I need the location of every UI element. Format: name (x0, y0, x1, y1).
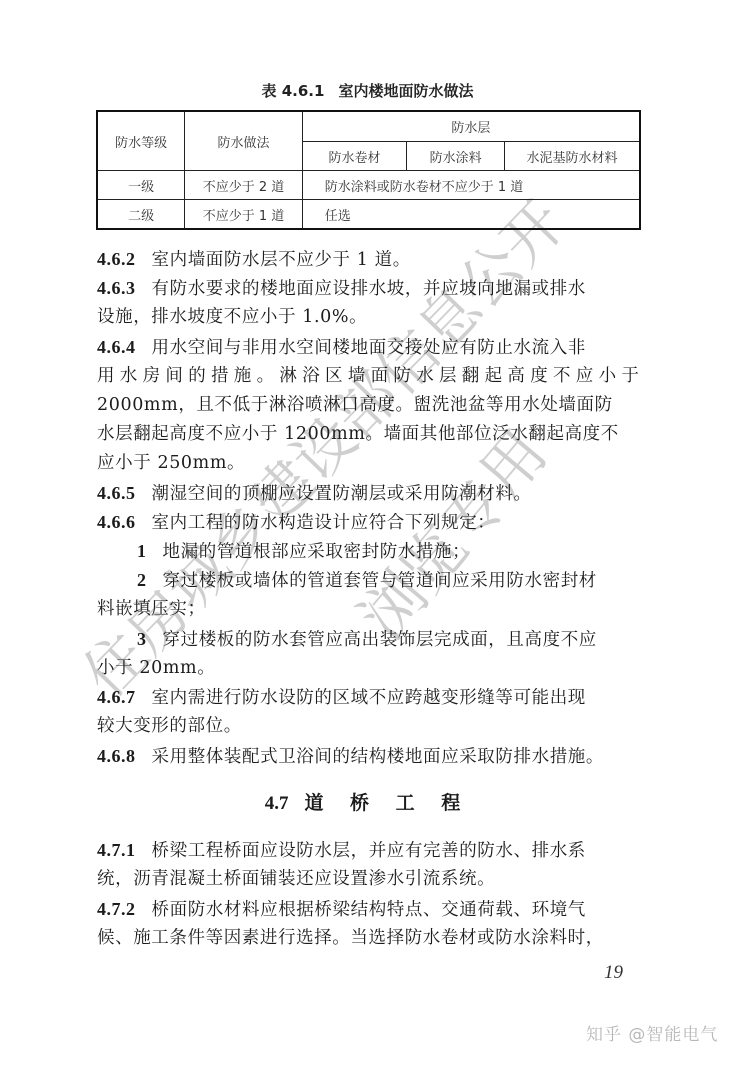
clause-text: 潮湿空间的顶棚应设置防潮层或采用防潮材料。 (152, 484, 532, 504)
source-credit: 知乎 @智能电气 (586, 1020, 718, 1045)
header-layer: 防水层 (302, 111, 640, 142)
clause-text: 采用整体装配式卫浴间的结构楼地面应采取防排水措施。 (152, 747, 605, 767)
clause-text: 桥梁工程桥面应设防水层，并应有完善的防水、排水系 (152, 841, 586, 861)
table-title-text: 室内楼地面防水做法 (338, 82, 473, 100)
clause-text-continued: 统，沥青混凝土桥面铺装还应设置渗水引流系统。 (97, 865, 642, 894)
section-heading: 4.7道 桥 工 程 (0, 788, 735, 815)
page-number: 19 (604, 962, 623, 984)
cell-method: 不应少于 2 道 (185, 171, 303, 200)
item-number: 1 (137, 541, 147, 561)
subheader-membrane: 防水卷材 (302, 142, 407, 171)
clause-number: 4.6.8 (97, 746, 136, 766)
clause-4-6-6: 4.6.6室内工程的防水构造设计应符合下列规定： (97, 508, 642, 538)
clause-text-continued: 较大变形的部位。 (97, 712, 642, 741)
cell-layer: 任选 (302, 200, 640, 230)
clause-number: 4.6.5 (97, 483, 136, 503)
clause-text-continued: 2000mm，且不低于淋浴喷淋口高度。盥洗池盆等用水处墙面防 (97, 391, 642, 420)
sub-item-3: 3穿过楼板的防水套管应高出装饰层完成面，且高度不应 (137, 625, 682, 655)
clause-text: 用水空间与非用水空间楼地面交接处应有防止水流入非 (152, 338, 586, 358)
clause-number: 4.6.7 (97, 687, 136, 707)
clause-4-7-2: 4.7.2桥面防水材料应根据桥梁结构特点、交通荷载、环境气 (97, 895, 642, 925)
cell-level: 一级 (97, 171, 185, 200)
section-title: 道 桥 工 程 (304, 792, 470, 814)
clause-text: 有防水要求的楼地面应设排水坡，并应坡向地漏或排水 (152, 279, 586, 299)
item-text: 地漏的管道根部应采取密封防水措施； (163, 542, 471, 562)
clause-4-6-8: 4.6.8采用整体装配式卫浴间的结构楼地面应采取防排水措施。 (97, 742, 642, 772)
clause-text: 室内工程的防水构造设计应符合下列规定： (152, 513, 496, 533)
clause-number: 4.6.2 (97, 249, 136, 269)
clause-number: 4.7.2 (97, 899, 136, 919)
clause-4-6-4: 4.6.4用水空间与非用水空间楼地面交接处应有防止水流入非 (97, 333, 642, 363)
clause-text: 室内需进行防水设防的区域不应跨越变形缝等可能出现 (152, 688, 586, 708)
table-number: 表 4.6.1 (262, 82, 325, 100)
header-level: 防水等级 (97, 111, 185, 171)
section-number: 4.7 (265, 793, 289, 814)
clause-text-continued: 水层翻起高度不应小于 1200mm。墙面其他部位泛水翻起高度不 (97, 420, 642, 449)
clause-number: 4.6.3 (97, 278, 136, 298)
clause-text-continued: 应小于 250mm。 (97, 449, 642, 478)
sub-item-2: 2穿过楼板或墙体的管道套管与管道间应采用防水密封材 (137, 566, 682, 596)
cell-level: 二级 (97, 200, 185, 230)
clause-4-6-3: 4.6.3有防水要求的楼地面应设排水坡，并应坡向地漏或排水 (97, 274, 642, 304)
item-number: 2 (137, 570, 147, 590)
clause-text: 室内墙面防水层不应少于 1 道。 (152, 250, 411, 270)
header-method: 防水做法 (185, 111, 303, 171)
table-caption: 表 4.6.1室内楼地面防水做法 (0, 80, 735, 101)
sub-item-1: 1地漏的管道根部应采取密封防水措施； (137, 537, 682, 567)
subheader-cement-material: 水泥基防水材料 (504, 142, 640, 171)
clause-4-6-2: 4.6.2室内墙面防水层不应少于 1 道。 (97, 245, 642, 275)
table-header-row: 防水等级 防水做法 防水层 (97, 111, 640, 142)
clause-4-6-5: 4.6.5潮湿空间的顶棚应设置防潮层或采用防潮材料。 (97, 479, 642, 509)
document-page: 住房城乡建设部信息公开 浏览专用 表 4.6.1室内楼地面防水做法 防水等级 防… (0, 0, 735, 1065)
clause-text-continued: 设施，排水坡度不应小于 1.0%。 (97, 303, 642, 332)
clause-text: 桥面防水材料应根据桥梁结构特点、交通荷载、环境气 (152, 900, 586, 920)
waterproofing-table: 防水等级 防水做法 防水层 防水卷材 防水涂料 水泥基防水材料 一级 不应少于 … (96, 110, 641, 230)
clause-4-6-7: 4.6.7室内需进行防水设防的区域不应跨越变形缝等可能出现 (97, 683, 642, 713)
clause-4-7-1: 4.7.1桥梁工程桥面应设防水层，并应有完善的防水、排水系 (97, 836, 642, 866)
clause-number: 4.7.1 (97, 840, 136, 860)
table-row: 二级 不应少于 1 道 任选 (97, 200, 640, 230)
clause-text-continued: 候、施工条件等因素进行选择。当选择防水卷材或防水涂料时， (97, 924, 642, 953)
item-text: 穿过楼板的防水套管应高出装饰层完成面，且高度不应 (163, 630, 597, 650)
clause-number: 4.6.4 (97, 337, 136, 357)
cell-layer: 防水涂料或防水卷材不应少于 1 道 (302, 171, 640, 200)
table-row: 一级 不应少于 2 道 防水涂料或防水卷材不应少于 1 道 (97, 171, 640, 200)
item-text-continued: 料嵌填压实； (97, 595, 642, 624)
item-text: 穿过楼板或墙体的管道套管与管道间应采用防水密封材 (163, 571, 597, 591)
cell-method: 不应少于 1 道 (185, 200, 303, 230)
item-number: 3 (137, 629, 147, 649)
subheader-coating: 防水涂料 (407, 142, 505, 171)
item-text-continued: 小于 20mm。 (97, 654, 642, 683)
clause-text-continued: 用水房间的措施。淋浴区墙面防水层翻起高度不应小于 (97, 362, 642, 391)
clause-number: 4.6.6 (97, 512, 136, 532)
